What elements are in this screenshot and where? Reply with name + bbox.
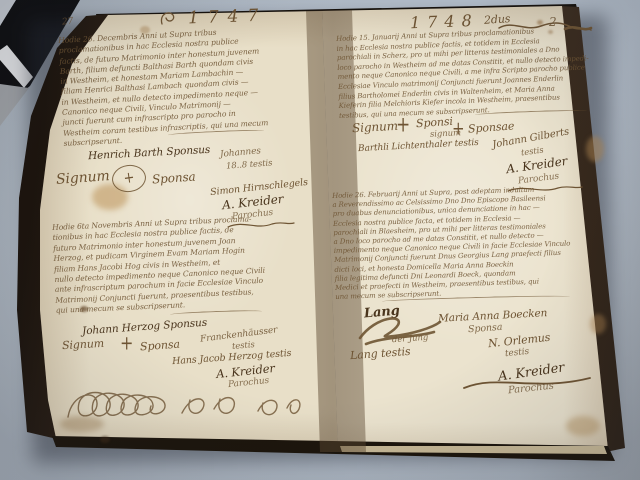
pen-flourish-loops xyxy=(62,385,304,433)
entry-body: Hodie 26. Decembris Anni ut Supra tribus… xyxy=(58,23,320,150)
entry-body: Hodie 15. Januarij Anni ut Supra tribus … xyxy=(336,25,599,121)
manuscript-photo: 27 1747 Hodie 26. Decembris Anni ut Supr… xyxy=(0,0,640,480)
paper-stain xyxy=(586,136,604,162)
left-page-number: 27 xyxy=(62,16,74,27)
cross-mark-icon: + xyxy=(122,169,135,188)
signum-label: Signum xyxy=(62,337,105,352)
paper-stain xyxy=(590,314,606,334)
entry-body: Hodie 26. Februarij Anni ut Supra, post … xyxy=(332,184,599,303)
paper-stain xyxy=(100,436,110,443)
bride-mark-label: Sponsa xyxy=(140,338,181,354)
header-flourish-icon xyxy=(158,9,180,27)
entry-body: Hodie 6ta Novembris Anni ut Supra tribus… xyxy=(52,212,314,317)
paper-stain xyxy=(566,416,600,436)
cross-mark-icon: + xyxy=(452,117,464,140)
cross-mark-icon: + xyxy=(120,331,133,355)
signum-label: Signum xyxy=(352,119,399,135)
cross-mark-icon: + xyxy=(396,113,410,138)
